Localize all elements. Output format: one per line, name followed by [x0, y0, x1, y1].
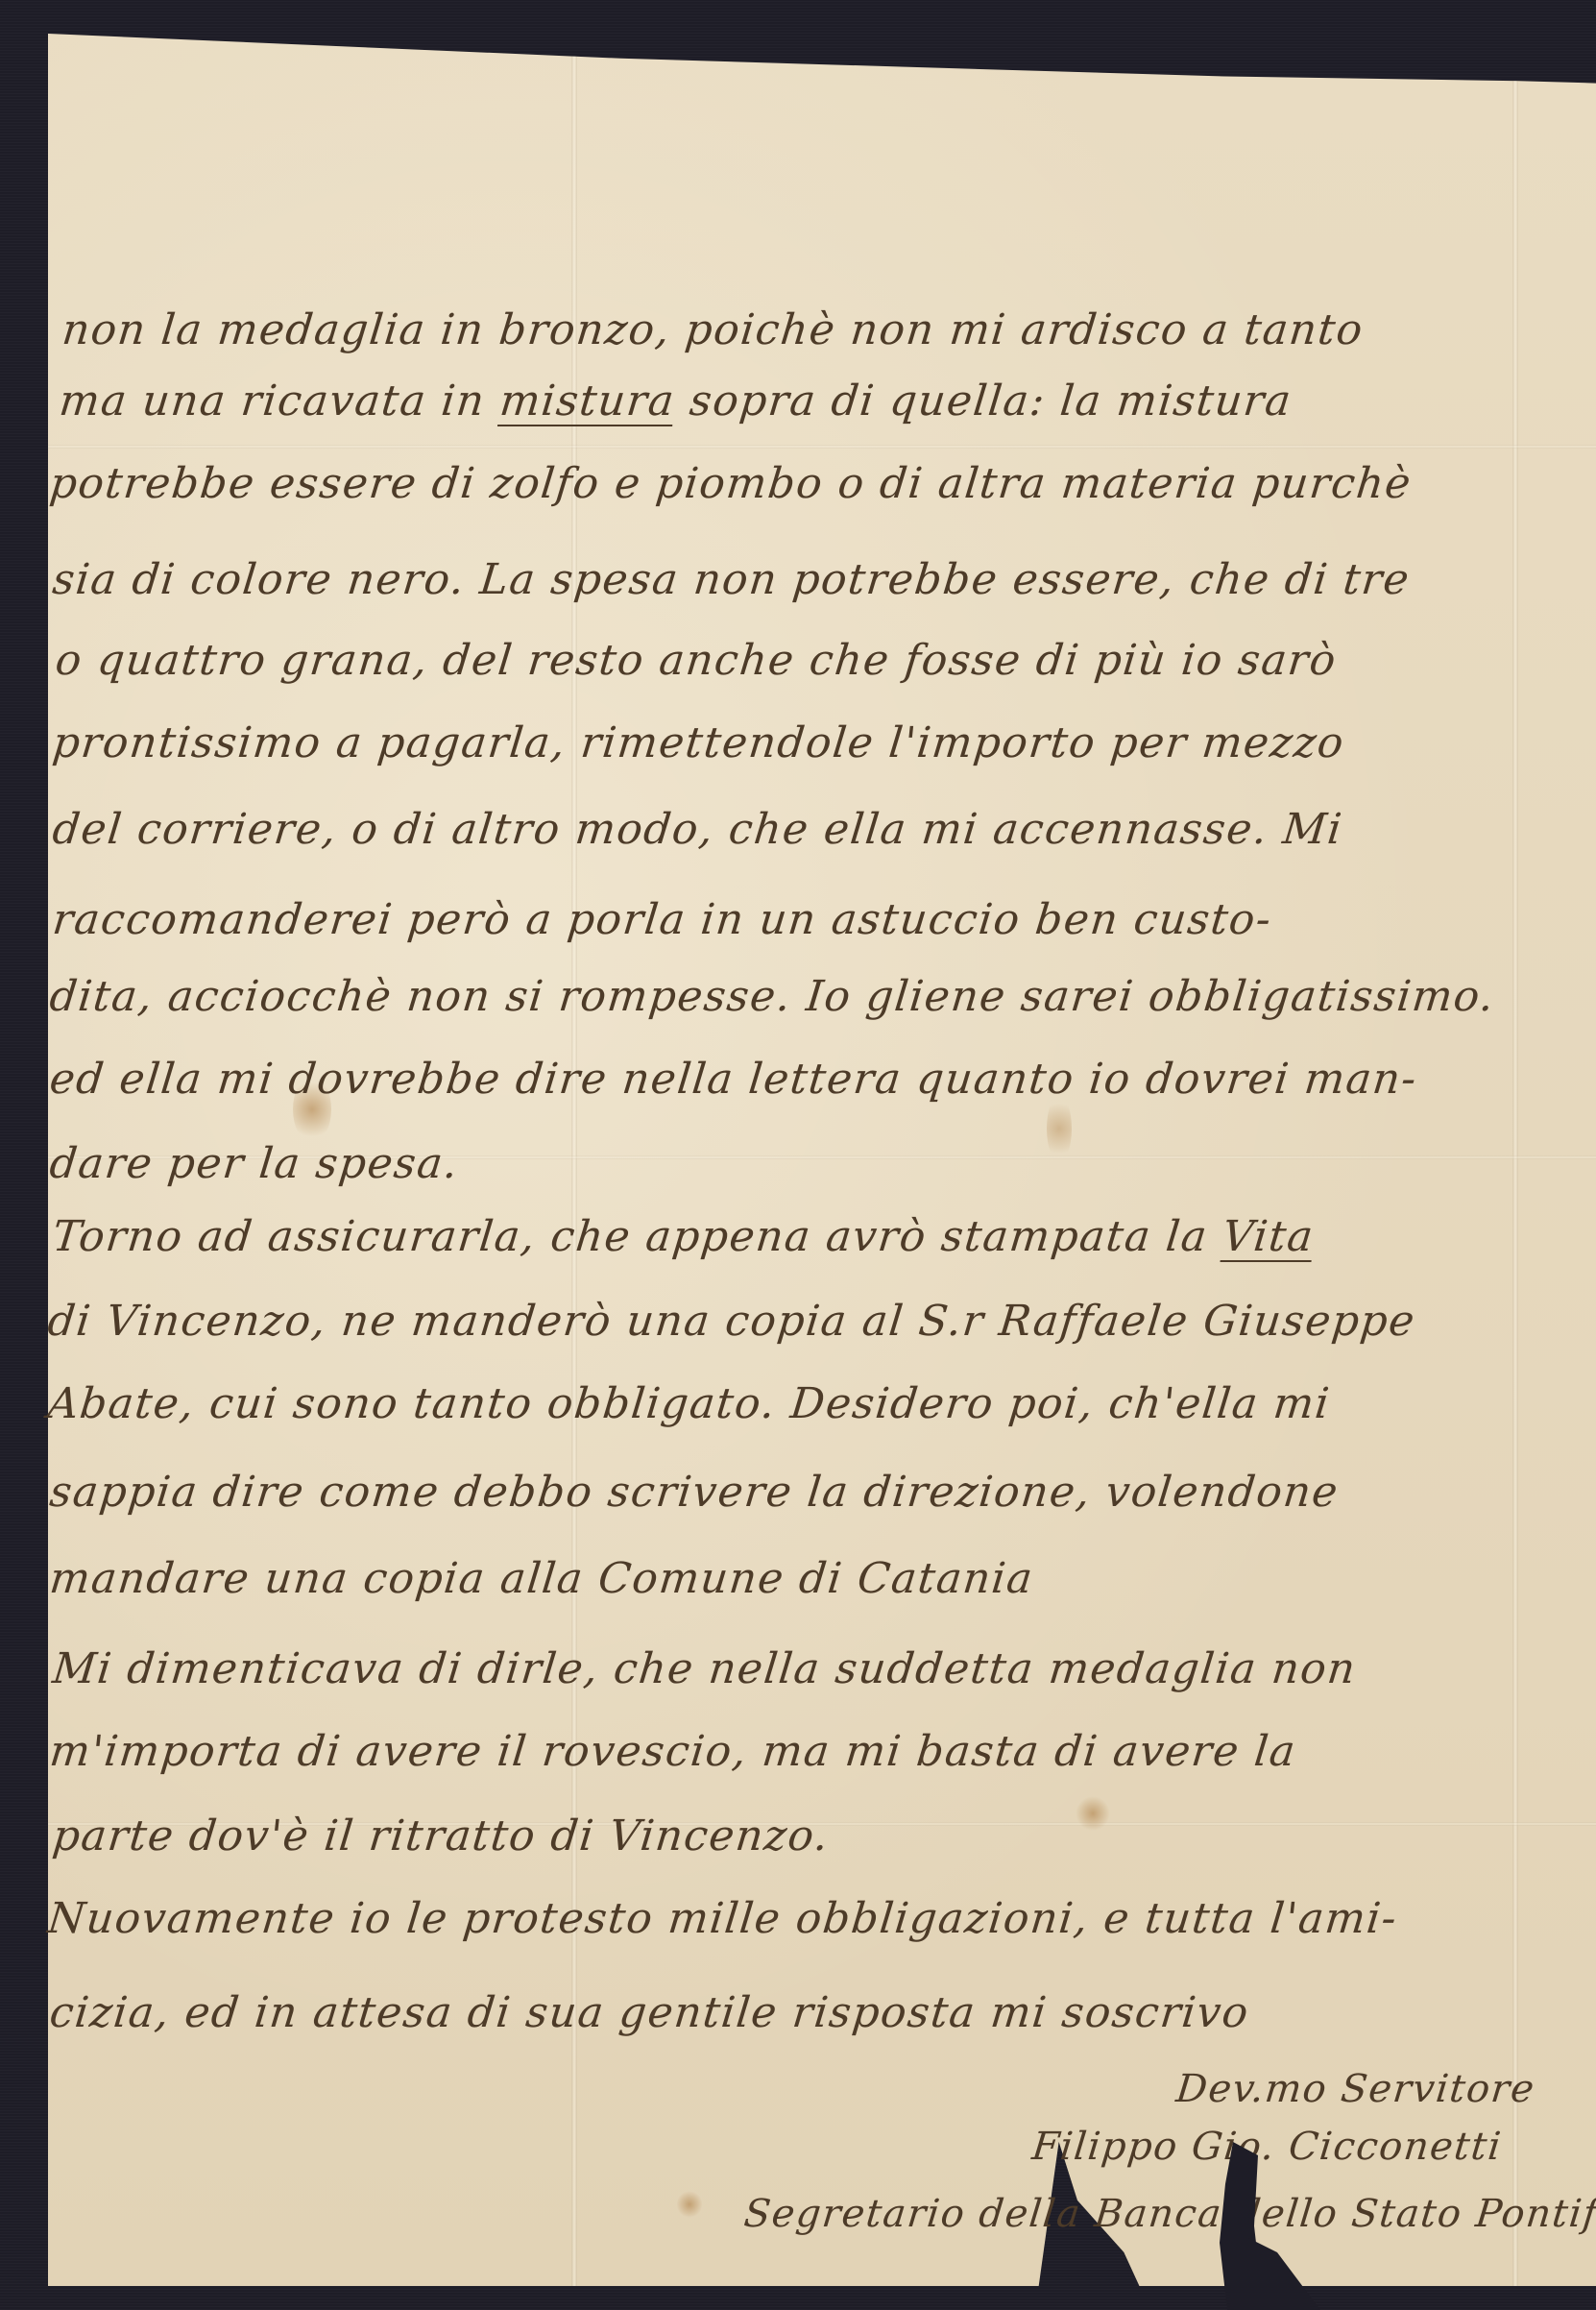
- letter-line: dare per la spesa.: [47, 1139, 461, 1188]
- letter-line: sia di colore nero. La spesa non potrebb…: [50, 555, 1413, 604]
- letter-line: del corriere, o di altro modo, che ella …: [50, 805, 1344, 854]
- letter-line: mandare una copia alla Comune di Catania: [47, 1554, 1035, 1603]
- letter-line: ma una ricavata in mistura sopra di quel…: [57, 377, 1294, 426]
- letter-text: ma una ricavata in: [57, 377, 488, 426]
- letter-line: prontissimo a pagarla, rimettendole l'im…: [50, 718, 1346, 767]
- letter-line: potrebbe essere di zolfo e piombo o di a…: [47, 459, 1414, 508]
- letter-line: non la medaglia in bronzo, poichè non mi…: [60, 305, 1366, 354]
- letter-line: parte dov'è il ritratto di Vincenzo.: [50, 1812, 832, 1860]
- letter-text: Torno ad assicurarla, che appena avrò st…: [50, 1212, 1210, 1261]
- letter-text: sopra di quella: la mistura: [688, 377, 1294, 426]
- underlined-word: mistura: [497, 377, 678, 426]
- signature-name: Filippo Gio. Cicconetti: [1030, 2125, 1505, 2169]
- letter-body: non la medaglia in bronzo, poichè non mi…: [0, 0, 1596, 2310]
- letter-line: ed ella mi dovrebbe dire nella lettera q…: [47, 1055, 1419, 1104]
- letter-line: cizia, ed in attesa di sua gentile rispo…: [47, 1988, 1251, 2037]
- signature-title: Segretario della Banca dello Stato Ponti…: [742, 2192, 1596, 2236]
- letter-line: di Vincenzo, ne manderò una copia al S.r…: [45, 1297, 1417, 1346]
- letter-line: Nuovamente io le protesto mille obbligaz…: [45, 1894, 1400, 1943]
- letter-line: sappia dire come debbo scrivere la direz…: [47, 1468, 1341, 1517]
- underlined-word: Vita: [1221, 1212, 1317, 1261]
- signature-closing: Dev.mo Servitore: [1174, 2067, 1537, 2111]
- letter-line: raccomanderei però a porla in un astucci…: [50, 895, 1274, 944]
- letter-line: Mi dimenticava di dirle, che nella sudde…: [50, 1644, 1359, 1693]
- letter-line: dita, acciocchè non si rompesse. Io glie…: [47, 972, 1497, 1021]
- letter-line: Abate, cui sono tanto obbligato. Desider…: [45, 1379, 1332, 1428]
- letter-line: m'importa di avere il rovescio, ma mi ba…: [47, 1727, 1298, 1776]
- letter-line: o quattro grana, del resto anche che fos…: [53, 636, 1339, 685]
- letter-line: Torno ad assicurarla, che appena avrò st…: [50, 1212, 1317, 1261]
